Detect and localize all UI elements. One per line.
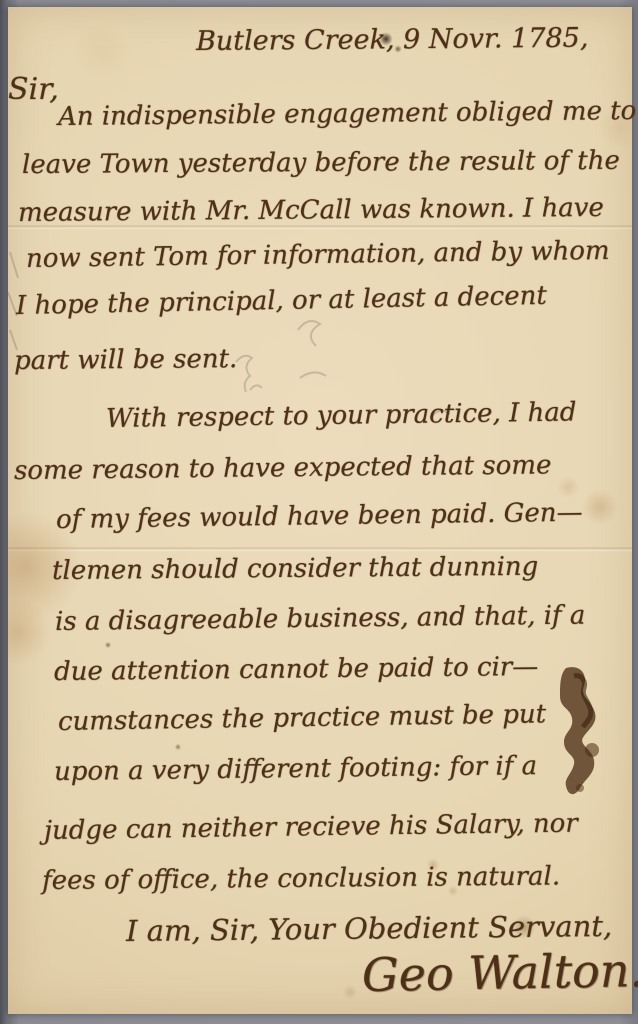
letter-line: fees of office, the conclusion is natura… [42, 861, 560, 896]
letter-line: tlemen should consider that dunning [52, 552, 538, 586]
letter-signature: Geo Walton. [362, 943, 638, 1002]
letter-line: some reason to have expected that some [14, 450, 552, 486]
letter-closing: I am, Sir, Your Obedient Servant, [126, 909, 613, 948]
letter-line: measure with Mr. McCall was known. I hav… [18, 193, 604, 228]
letter-dateline: Butlers Creek, 9 Novr. 1785, [196, 23, 589, 57]
letter-line: part will be sent. [14, 344, 237, 376]
letter-line: due attention cannot be paid to cir— [54, 652, 539, 687]
letter-line: leave Town yesterday before the result o… [22, 146, 620, 180]
letter-salutation: Sir, [8, 72, 59, 107]
letter-line: An indispensible engagement obliged me t… [58, 96, 637, 132]
letter-line: upon a very different footing: for if a [54, 751, 537, 787]
scanned-letter-view: Butlers Creek, 9 Novr. 1785, Sir, An ind… [0, 0, 638, 1024]
